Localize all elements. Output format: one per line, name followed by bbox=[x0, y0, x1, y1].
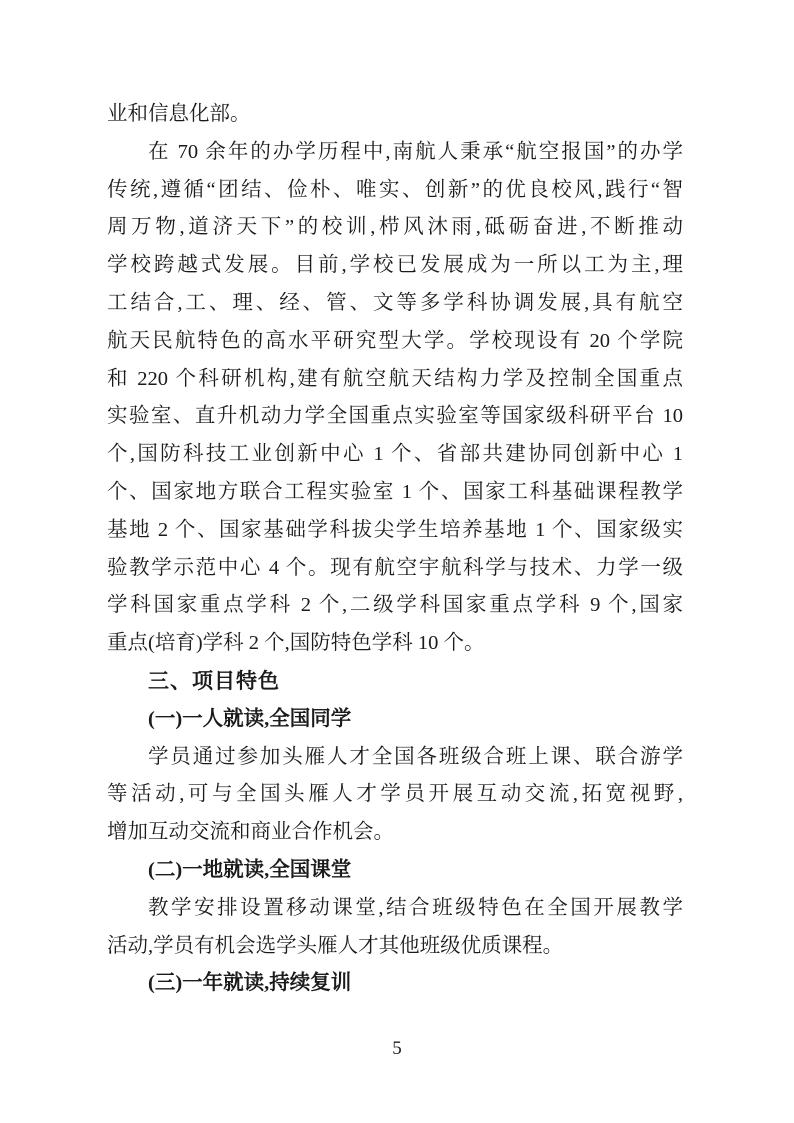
paragraph-line: 在 70 余年的办学历程中,南航人秉承“航空报国”的办学 bbox=[107, 134, 683, 172]
paragraph-line: 验教学示范中心 4 个。现有航空宇航科学与技术、力学一级 bbox=[107, 550, 683, 588]
paragraph-line: 工结合,工、理、经、管、文等多学科协调发展,具有航空 bbox=[107, 285, 683, 323]
paragraph-line: 等活动,可与全国头雁人才学员开展互动交流,拓宽视野, bbox=[107, 776, 683, 814]
paragraph-line: 周万物,道济天下”的校训,栉风沐雨,砥砺奋进,不断推动 bbox=[107, 209, 683, 247]
paragraph-line: 学校跨越式发展。目前,学校已发展成为一所以工为主,理 bbox=[107, 247, 683, 285]
paragraph-line: 传统,遵循“团结、俭朴、唯实、创新”的优良校风,践行“智 bbox=[107, 172, 683, 210]
page-number: 5 bbox=[0, 1037, 794, 1061]
paragraph-line: 学科国家重点学科 2 个,二级学科国家重点学科 9 个,国家 bbox=[107, 587, 683, 625]
paragraph-line: 个,国防科技工业创新中心 1 个、省部共建协同创新中心 1 bbox=[107, 436, 683, 474]
paragraph-line: 活动,学员有机会选学头雁人才其他班级优质课程。 bbox=[107, 928, 683, 966]
paragraph-line: 教学安排设置移动课堂,结合班级特色在全国开展教学 bbox=[107, 890, 683, 928]
paragraph-line: 基地 2 个、国家基础学科拔尖学生培养基地 1 个、国家级实 bbox=[107, 512, 683, 550]
paragraph-line: 增加互动交流和商业合作机会。 bbox=[107, 814, 683, 852]
paragraph-line: 实验室、直升机动力学全国重点实验室等国家级科研平台 10 bbox=[107, 398, 683, 436]
section-heading: 三、项目特色 bbox=[107, 663, 683, 701]
paragraph-line: 和 220 个科研机构,建有航空航天结构力学及控制全国重点 bbox=[107, 361, 683, 399]
subsection-heading: (一)一人就读,全国同学 bbox=[107, 701, 683, 739]
document-page: 业和信息化部。 在 70 余年的办学历程中,南航人秉承“航空报国”的办学 传统,… bbox=[0, 0, 794, 1123]
paragraph-line: 航天民航特色的高水平研究型大学。学校现设有 20 个学院 bbox=[107, 323, 683, 361]
subsection-heading: (二)一地就读,全国课堂 bbox=[107, 852, 683, 890]
paragraph-line: 重点(培育)学科 2 个,国防特色学科 10 个。 bbox=[107, 625, 683, 663]
paragraph-line: 业和信息化部。 bbox=[107, 96, 683, 134]
text-block: 业和信息化部。 在 70 余年的办学历程中,南航人秉承“航空报国”的办学 传统,… bbox=[107, 96, 683, 1003]
paragraph-line: 个、国家地方联合工程实验室 1 个、国家工科基础课程教学 bbox=[107, 474, 683, 512]
subsection-heading: (三)一年就读,持续复训 bbox=[107, 965, 683, 1003]
paragraph-line: 学员通过参加头雁人才全国各班级合班上课、联合游学 bbox=[107, 739, 683, 777]
